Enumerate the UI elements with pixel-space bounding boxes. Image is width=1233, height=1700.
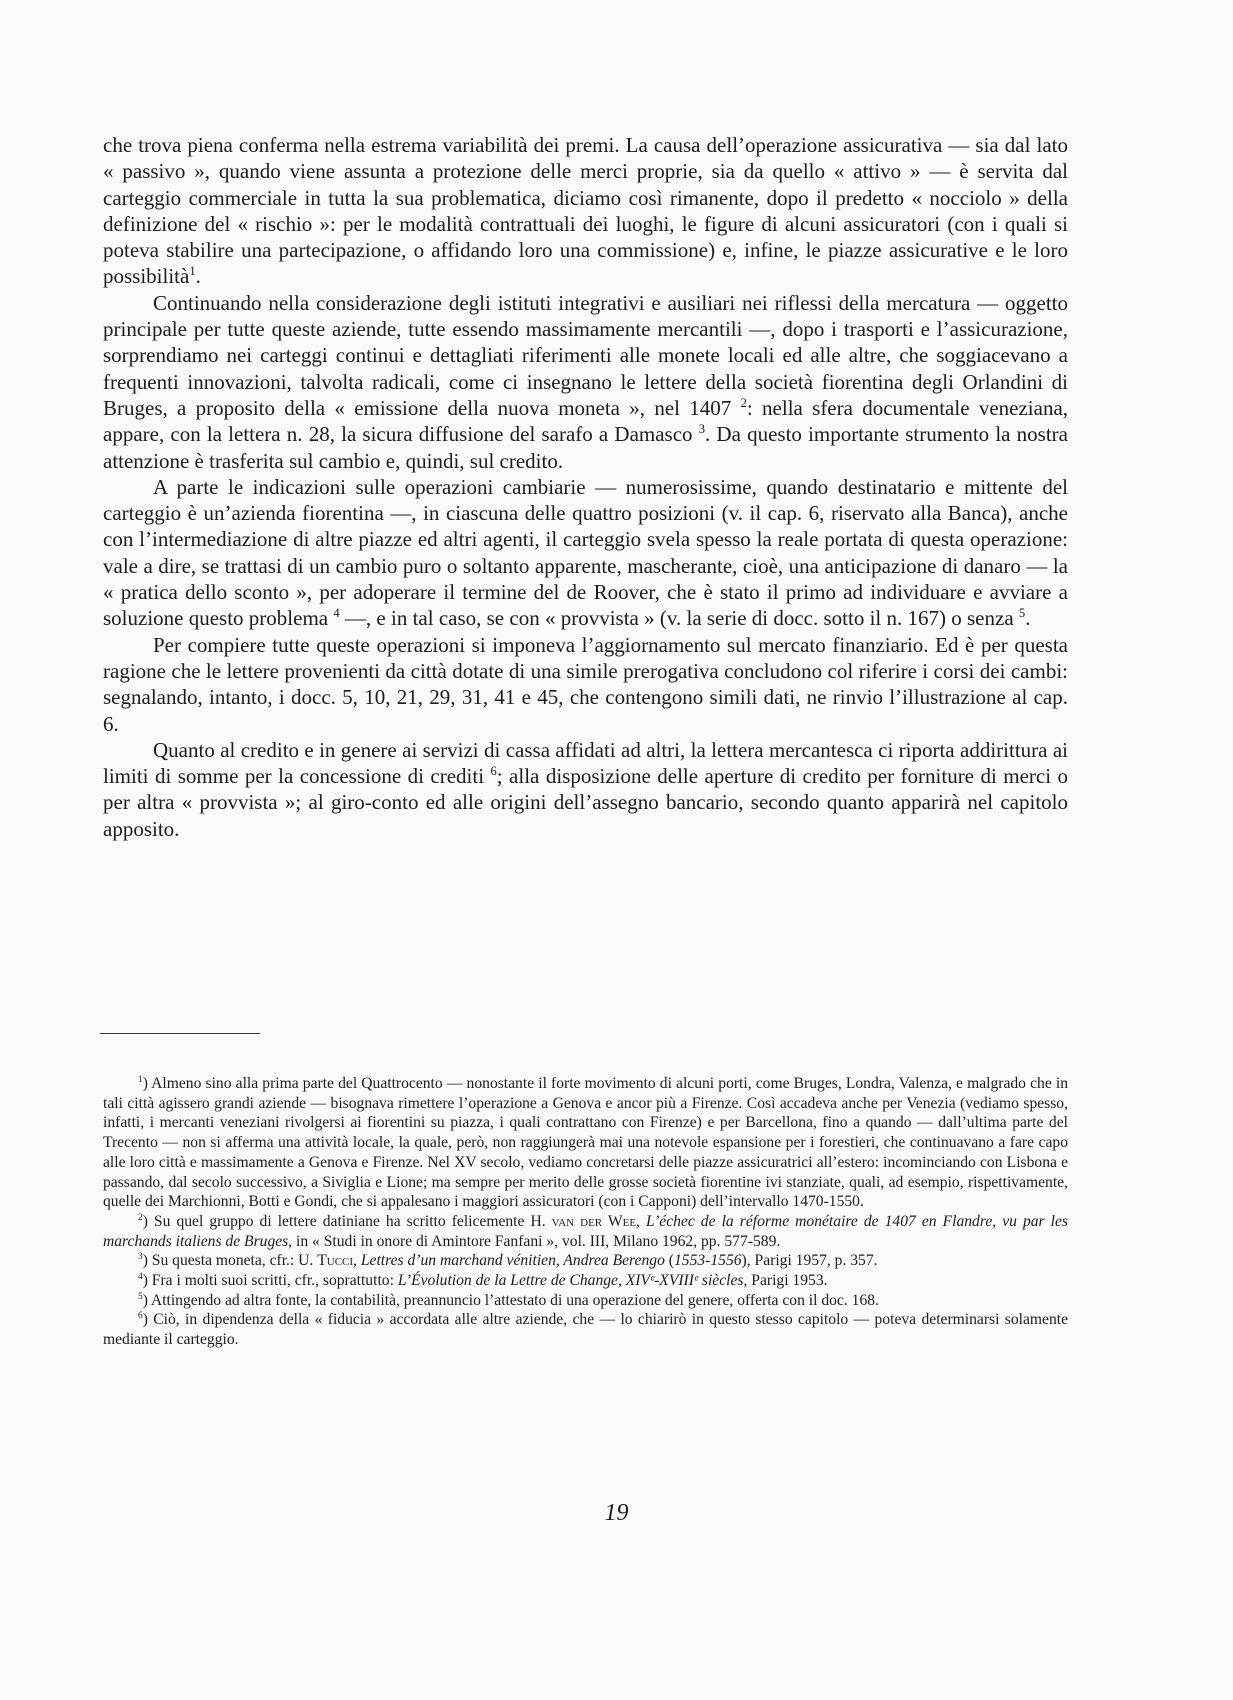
footnotes: 1) Almeno sino alla prima parte del Quat… — [103, 1074, 1068, 1350]
footnote-mark: 2) — [138, 1213, 148, 1230]
footnote-ref: 4 — [333, 606, 339, 620]
footnote-separator — [100, 1033, 260, 1034]
footnote: 3) Su questa moneta, cfr.: U. Tucci, Let… — [103, 1251, 1068, 1271]
footnote-ref: 3 — [699, 422, 705, 436]
footnote-ref: 1 — [189, 264, 195, 278]
footnote-mark: 1) — [138, 1075, 148, 1092]
footnote: 6) Ciò, in dipendenza della « fiducia » … — [103, 1310, 1068, 1349]
footnote: 1) Almeno sino alla prima parte del Quat… — [103, 1074, 1068, 1212]
body-paragraph: Per compiere tutte queste operazioni si … — [103, 632, 1068, 737]
main-text: che trova piena conferma nella estrema v… — [103, 132, 1068, 842]
body-paragraph: Quanto al credito e in genere ai servizi… — [103, 737, 1068, 842]
footnote: 4) Fra i molti suoi scritti, cfr., sopra… — [103, 1271, 1068, 1291]
footnote-mark: 6) — [138, 1311, 148, 1328]
footnote-ref: 2 — [741, 396, 747, 410]
body-paragraph: che trova piena conferma nella estrema v… — [103, 132, 1068, 290]
footnote-ref: 6 — [490, 764, 496, 778]
footnote: 5) Attingendo ad altra fonte, la contabi… — [103, 1291, 1068, 1311]
footnote-ref: 5 — [1019, 606, 1025, 620]
footnote: 2) Su quel gruppo di lettere datiniane h… — [103, 1212, 1068, 1251]
body-paragraph: A parte le indicazioni sulle operazioni … — [103, 474, 1068, 632]
footnote-mark: 4) — [138, 1272, 148, 1289]
footnote-mark: 5) — [138, 1292, 148, 1309]
page-number: 19 — [0, 1500, 1233, 1527]
footnote-mark: 3) — [138, 1252, 148, 1269]
body-paragraph: Continuando nella considerazione degli i… — [103, 290, 1068, 474]
